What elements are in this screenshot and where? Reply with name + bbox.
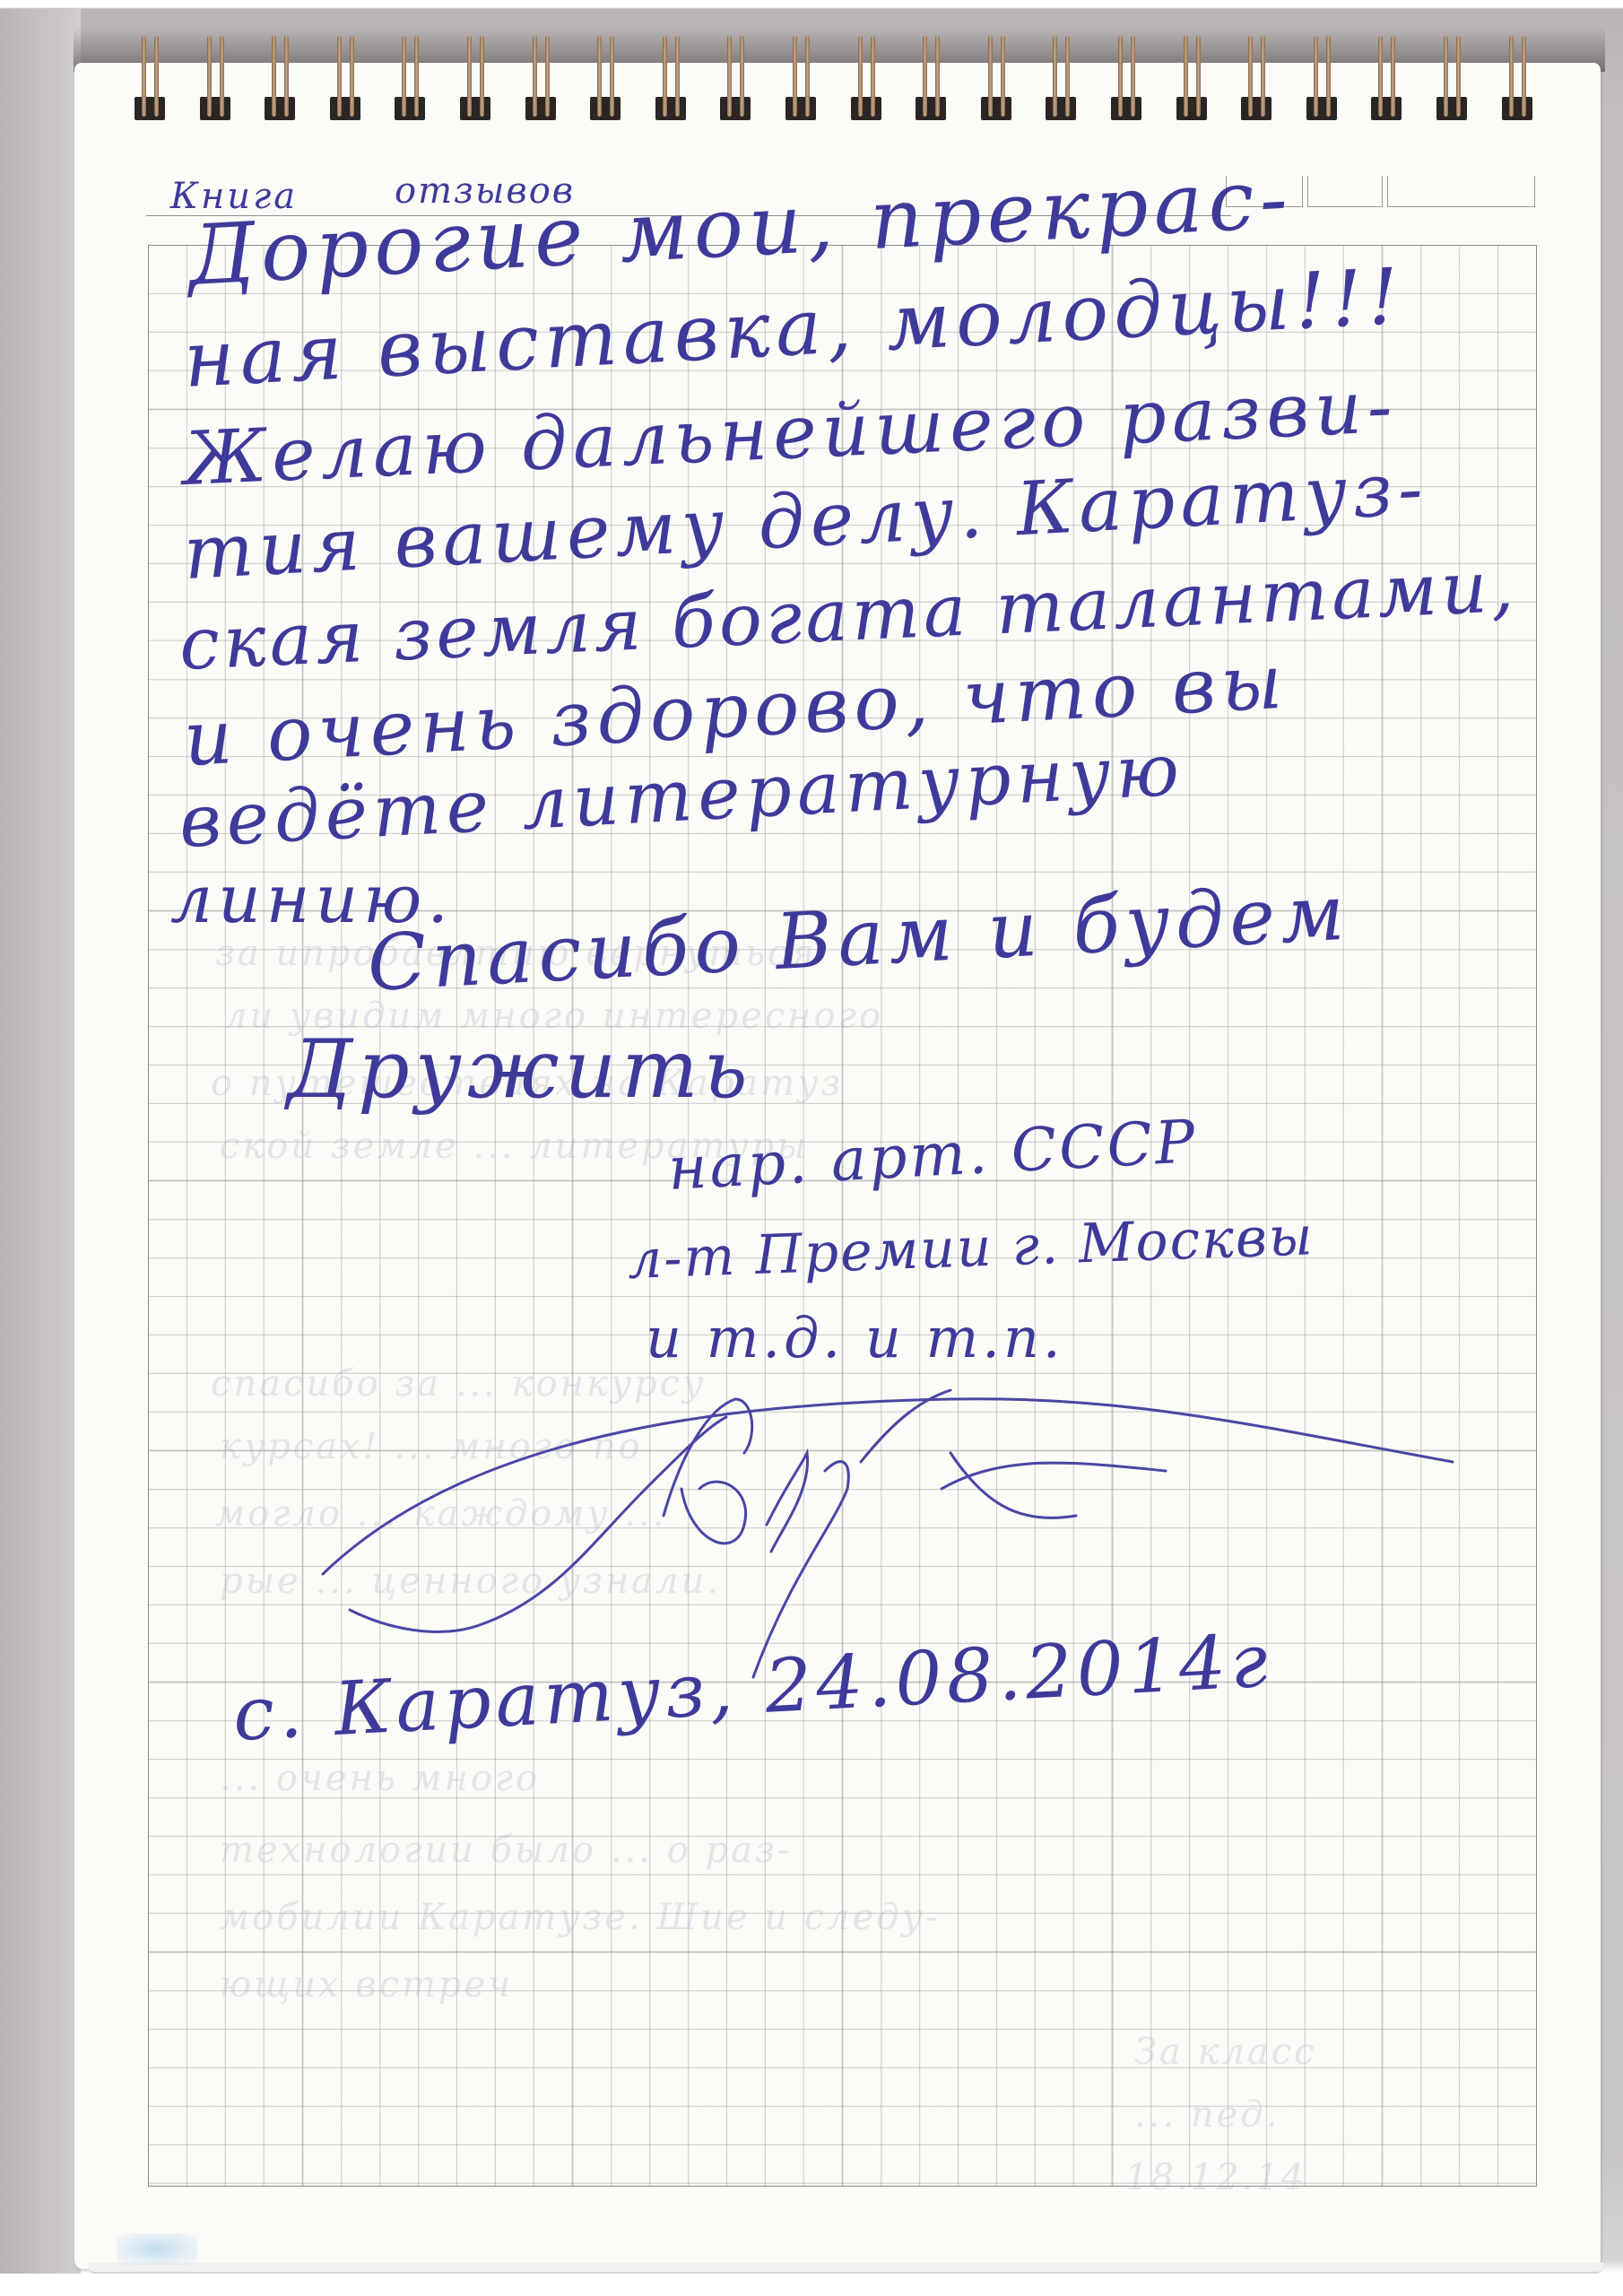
spiral-ring <box>675 36 680 117</box>
binding-hole <box>525 97 556 120</box>
spiral-ring <box>727 36 732 117</box>
spiral-ring <box>350 36 354 117</box>
binding-hole <box>590 97 621 120</box>
spiral-ring <box>597 36 602 117</box>
binding-hole <box>1111 97 1141 120</box>
spiral-ring <box>414 36 419 117</box>
binding-hole <box>1306 97 1337 120</box>
binding-hole <box>916 97 946 120</box>
binding-hole <box>460 97 490 120</box>
spiral-ring <box>1509 36 1514 117</box>
binding-hole <box>395 97 425 120</box>
binding-hole <box>1371 97 1402 120</box>
spiral-ring <box>858 36 863 117</box>
spiral-ring <box>545 36 550 117</box>
spiral-ring <box>1522 36 1526 117</box>
spiral-ring <box>284 36 289 117</box>
binding-hole <box>135 97 165 120</box>
spiral-ring <box>480 36 484 117</box>
binding-hole <box>330 97 360 120</box>
spiral-ring <box>1378 36 1383 117</box>
spiral-ring <box>1248 36 1253 117</box>
spiral-ring <box>337 36 342 117</box>
binding-hole <box>1241 97 1271 120</box>
spiral-ring <box>805 36 810 117</box>
spiral-ring <box>467 36 472 117</box>
spiral-ring <box>1444 36 1448 117</box>
spiral-ring <box>207 36 212 117</box>
spiral-ring <box>1261 36 1265 117</box>
spiral-ring <box>1326 36 1331 117</box>
spiral-ring <box>1196 36 1201 117</box>
spiral-ring <box>923 36 927 117</box>
spiral-ring <box>1314 36 1318 117</box>
spiral-ring <box>533 36 537 117</box>
handwritten-signature <box>0 0 1623 2296</box>
spiral-ring <box>1001 36 1005 117</box>
spiral-ring <box>793 36 797 117</box>
spiral-ring <box>1118 36 1123 117</box>
binding-hole <box>655 97 686 120</box>
spiral-ring <box>1131 36 1135 117</box>
binding-hole <box>785 97 816 120</box>
binding-hole <box>265 97 295 120</box>
spiral-ring <box>1456 36 1461 117</box>
spiral-ring <box>1053 36 1057 117</box>
binding-hole <box>720 97 751 120</box>
spiral-ring <box>663 36 667 117</box>
spiral-ring <box>988 36 993 117</box>
binding-hole <box>1046 97 1076 120</box>
binding-hole <box>851 97 881 120</box>
spiral-ring <box>402 36 406 117</box>
spiral-ring <box>610 36 614 117</box>
binding-hole <box>1502 97 1532 120</box>
spiral-ring <box>272 36 276 117</box>
spiral-ring <box>142 36 146 117</box>
spiral-ring <box>154 36 159 117</box>
binding-hole <box>1436 97 1467 120</box>
spiral-ring <box>1391 36 1395 117</box>
binding-hole <box>1176 97 1207 120</box>
spiral-ring <box>740 36 744 117</box>
binding-hole <box>200 97 230 120</box>
binding-hole <box>981 97 1011 120</box>
spiral-ring <box>220 36 224 117</box>
spiral-ring <box>1065 36 1070 117</box>
spiral-ring <box>1184 36 1188 117</box>
spiral-ring <box>935 36 940 117</box>
spiral-ring <box>871 36 875 117</box>
